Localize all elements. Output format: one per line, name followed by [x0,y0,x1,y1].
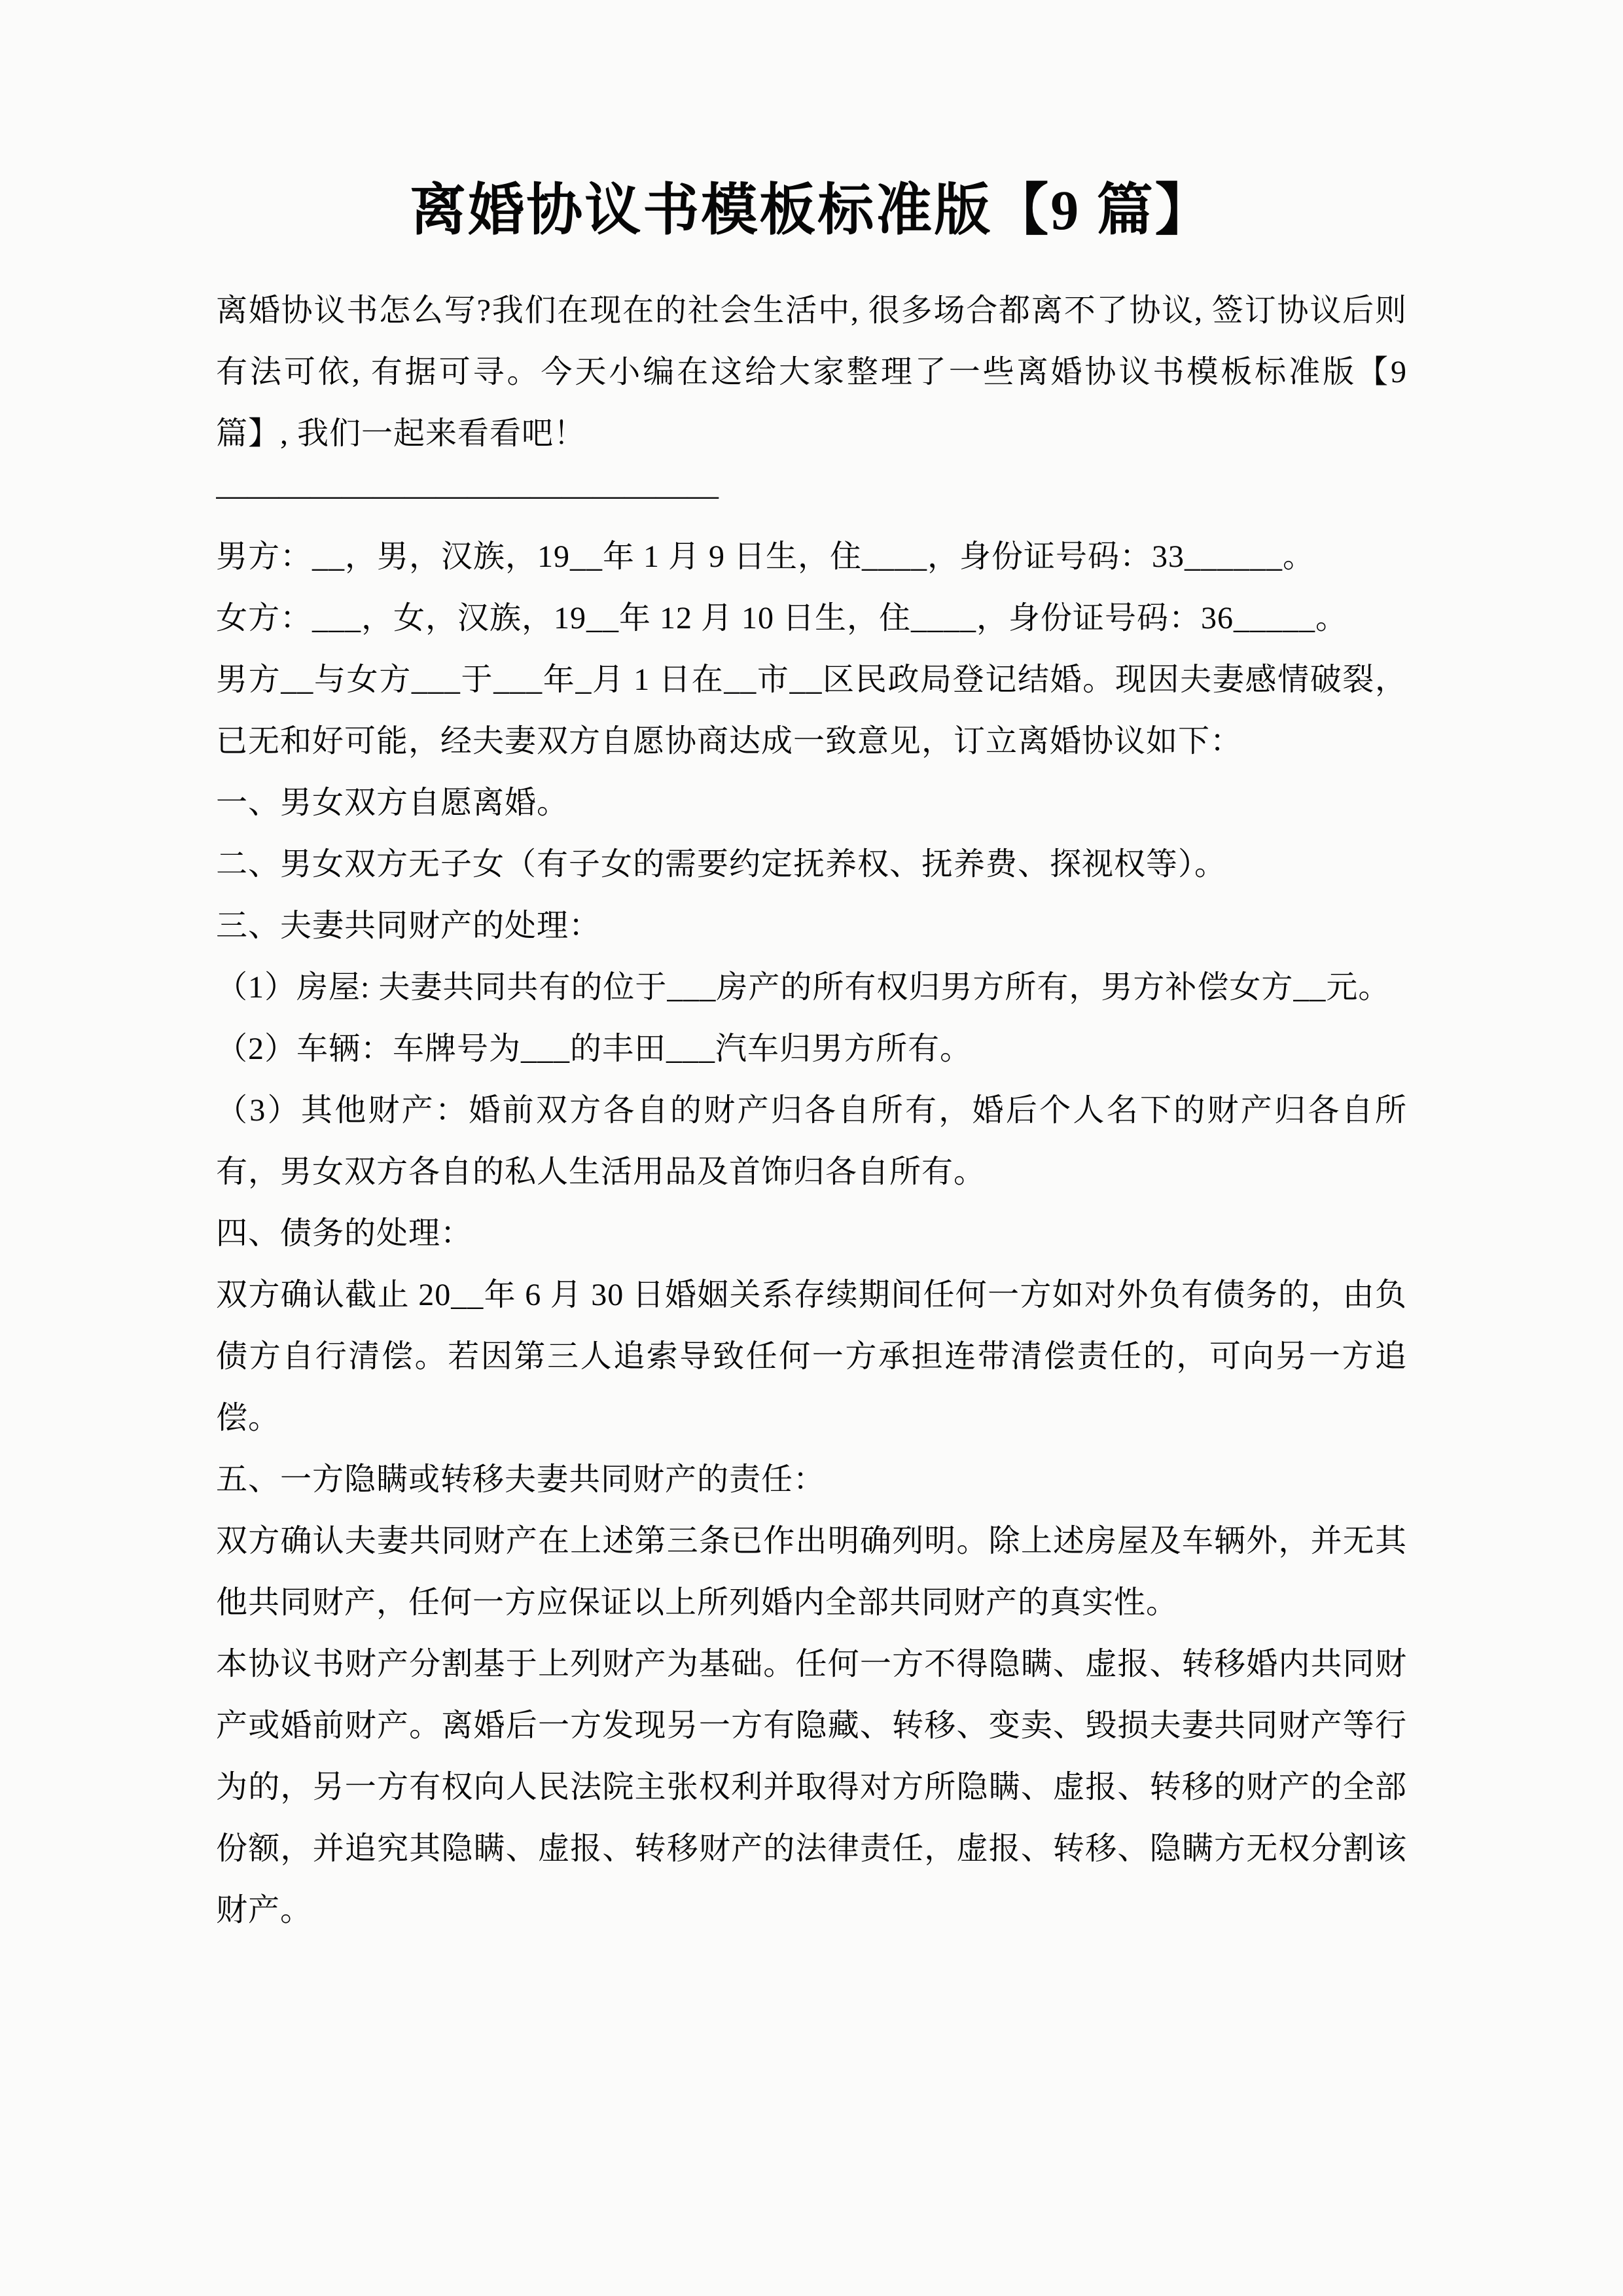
separator-line: ———————————————— [216,465,1407,526]
paragraph: 三、夫妻共同财产的处理： [216,895,1407,957]
paragraph: （1）房屋: 夫妻共同共有的位于___房产的所有权归男方所有，男方补偿女方__元… [216,957,1407,1018]
paragraph: 双方确认夫妻共同财产在上述第三条已作出明确列明。除上述房屋及车辆外，并无其他共同… [216,1511,1407,1634]
document-title: 离婚协议书模板标准版【9 篇】 [216,175,1407,246]
document-body: 离婚协议书怎么写?我们在现在的社会生活中, 很多场合都离不了协议, 签订协议后则… [216,280,1407,1941]
paragraph: 双方确认截止 20__年 6 月 30 日婚姻关系存续期间任何一方如对外负有债务… [216,1265,1407,1449]
paragraph: （2）车辆：车牌号为___的丰田___汽车归男方所有。 [216,1018,1407,1080]
paragraph: 二、男女双方无子女（有子女的需要约定抚养权、抚养费、探视权等）。 [216,834,1407,895]
paragraph: 男方：__，男，汉族，19__年 1 月 9 日生，住____，身份证号码：33… [216,526,1407,588]
document-page: 离婚协议书模板标准版【9 篇】 离婚协议书怎么写?我们在现在的社会生活中, 很多… [0,0,1623,2296]
paragraph: 五、一方隐瞒或转移夫妻共同财产的责任： [216,1449,1407,1511]
paragraph: 离婚协议书怎么写?我们在现在的社会生活中, 很多场合都离不了协议, 签订协议后则… [216,280,1407,465]
paragraph: 女方：___，女，汉族，19__年 12 月 10 日生，住____，身份证号码… [216,588,1407,649]
document-content: 离婚协议书模板标准版【9 篇】 离婚协议书怎么写?我们在现在的社会生活中, 很多… [0,0,1623,1941]
paragraph: （3）其他财产：婚前双方各自的财产归各自所有，婚后个人名下的财产归各自所有，男女… [216,1080,1407,1203]
paragraph: 一、男女双方自愿离婚。 [216,772,1407,834]
paragraph: 男方__与女方___于___年_月 1 日在__市__区民政局登记结婚。现因夫妻… [216,649,1407,772]
paragraph: 四、债务的处理： [216,1203,1407,1265]
paragraph: 本协议书财产分割基于上列财产为基础。任何一方不得隐瞒、虚报、转移婚内共同财产或婚… [216,1634,1407,1941]
